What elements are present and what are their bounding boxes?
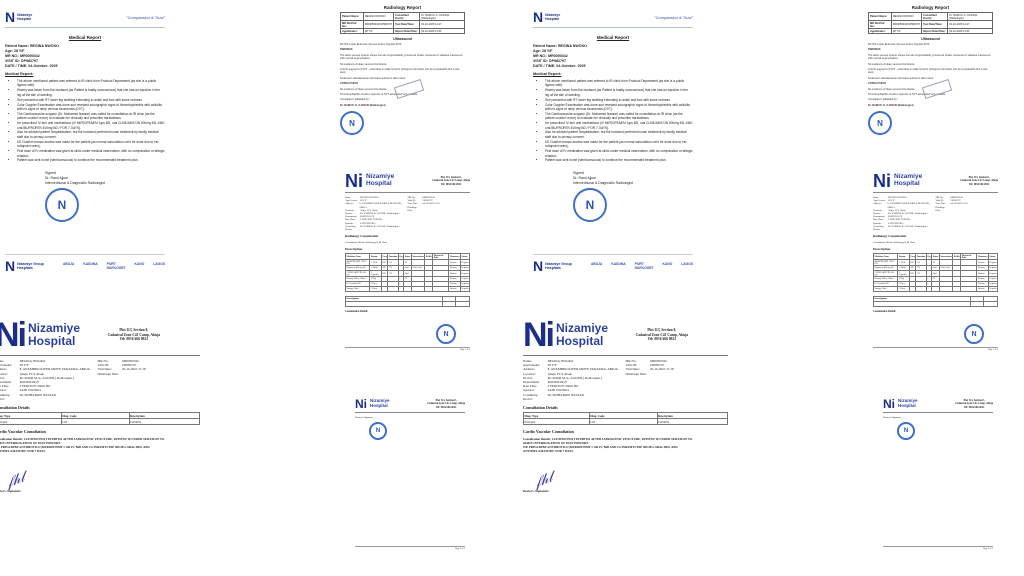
radiology-report-page: Radiology Report Patient Name:REGINA NWO… — [340, 5, 465, 120]
info-row: Consulting Doctor:Dr. RAMI M. K. AJJOUR … — [345, 225, 408, 231]
letterhead-footer: N Nizamiye Group Hospitals ABUJAKADUNAPO… — [533, 254, 693, 273]
section-title: Cardio Vascular Consultation — [0, 429, 200, 434]
letterhead-footer: N Nizamiye Group Hospitals ABUJAKADUNAPO… — [5, 254, 165, 273]
hospital-logo: Ni NizamiyeHospital — [355, 398, 390, 410]
letterhead: Ni NizamiyeHospital Plot 113, Section 8,… — [523, 318, 728, 356]
info-row: Discharge Date: — [98, 372, 201, 376]
document-title: Radiology Report — [868, 5, 993, 10]
list-item: First dose of IV medication was given at… — [17, 149, 165, 158]
list-item: Patient was sent home (semiconscious) to… — [17, 158, 165, 162]
hospital-logo: Ni NizamiyeHospital — [873, 172, 922, 190]
logo-mark-icon: N — [5, 10, 15, 24]
collage-copy-right: N NizamiyeHospital "Compassion & Trust" … — [528, 0, 1024, 576]
list-item: He prescribed IV and oral medications (I… — [545, 121, 693, 130]
section-title: Consultation Details — [0, 405, 200, 410]
medical-report-page: N NizamiyeHospital "Compassion & Trust" … — [5, 10, 165, 275]
section-title: Consultation Details — [873, 310, 998, 313]
list-item: Also he advised patient hospitalization,… — [17, 130, 165, 139]
patient-info: Name:REGINA NWOKOAge/Gender:28 Y/FAddres… — [873, 196, 998, 231]
list-item: First dose of IV medication was given at… — [545, 149, 693, 158]
logo-mark-icon: N — [533, 259, 543, 273]
hospital-logo: Ni NizamiyeHospital — [523, 318, 608, 352]
hospital-address: Plot 113, Section 8,Cadastral Zone C41 C… — [955, 399, 993, 409]
hospital-logo: Ni NizamiyeHospital — [0, 318, 80, 352]
prescription-table: Medicine NameDosageFreqDurationQtyRouteI… — [345, 253, 470, 292]
hospital-address: Plot 113, Section 8,Cadastral Zone C41 C… — [432, 176, 470, 186]
signature-label: Doctor's Signature — [523, 489, 728, 493]
radiology-report-page: Radiology Report Patient Name:REGINA NWO… — [868, 5, 993, 120]
doctor-signature-icon: 𝒻𝒽𝓁 — [532, 459, 584, 491]
hospital-stamp-icon: N — [964, 324, 984, 344]
hospital-address: Plot 113, Section 8,Cadastral Zone C41 C… — [960, 176, 998, 186]
consultation-details: Consultation Details: CLEAVED POST PLEBI… — [0, 437, 200, 453]
completed-by: Dr. RAMI M. K. AJJOUR (Radiologist) — [868, 104, 993, 107]
signature-label: Doctor's Signature — [0, 489, 200, 493]
list-item: The above mentioned patient was referred… — [17, 79, 165, 88]
hospital-stamp-icon: N — [897, 422, 915, 440]
list-item: Patient was sent home (semiconscious) to… — [545, 158, 693, 162]
list-item: History was taken from the husband (as P… — [545, 88, 693, 97]
completed-label: Completed / Validated by: — [868, 98, 993, 101]
group-logo: N Nizamiye Group Hospitals — [533, 259, 581, 273]
city-label: ABUJA — [63, 262, 74, 270]
modality-heading: Ultrasound — [868, 37, 993, 41]
report-bullets: The above mentioned patient was referred… — [545, 79, 693, 163]
findings-text: The deep venous system shows normal comp… — [340, 54, 465, 80]
document-title: Medical Report — [5, 35, 165, 40]
signature-block: Signed Dr. Rami Ajjour Interventional & … — [573, 171, 693, 186]
signature-page: Ni NizamiyeHospital Plot 113, Section 8,… — [355, 398, 465, 558]
consultation-detail: Consultation Details: Radiology & IR cli… — [873, 241, 998, 244]
section-title: Medical Report: — [533, 72, 693, 76]
letterhead: Ni NizamiyeHospital Plot 113, Section 8,… — [345, 172, 470, 193]
document-title: Medical Report — [533, 35, 693, 40]
findings-label: FINDINGS: — [868, 48, 993, 51]
logo-mark-icon: Ni — [0, 318, 25, 352]
page-footer: Page 2 of 2 — [883, 546, 993, 550]
list-item: US Guided venous access was made for the… — [545, 140, 693, 149]
medical-report-header: N NizamiyeHospital "Compassion & Trust" — [533, 10, 693, 28]
patient-info-table: Patient Name:REGINA NWOKOConsultant Doct… — [340, 12, 465, 34]
doctor-signature-icon: 𝒻𝒽𝓁 — [4, 459, 56, 491]
page-footer: Page 1 of 2 — [873, 347, 998, 351]
section-title: Cardio Vascular Consultation — [523, 429, 728, 434]
section-title: Prescription — [873, 247, 998, 251]
patient-info: Name:REGINA NWOKOAge/Gender:28 Y/FAddres… — [0, 359, 200, 401]
diagnosis-table: Diag. TypeDiag. CodeDescriptionPrincipal… — [0, 412, 200, 425]
signature-block: Signed Dr. Rami Ajjour Interventional & … — [45, 171, 165, 186]
group-logo: N Nizamiye Group Hospitals — [5, 259, 53, 273]
city-label: ABUJA — [591, 262, 602, 270]
patient-info-table: Patient Name:REGINA NWOKOConsultant Doct… — [868, 12, 993, 34]
signature-page: Ni NizamiyeHospital Plot 113, Section 8,… — [883, 398, 993, 558]
page-footer: Page 1 of 2 — [345, 347, 470, 351]
list-item: He prescribed IV and oral medications (I… — [17, 121, 165, 130]
city-label: KANO — [663, 262, 673, 270]
cardio-consultation-page: Ni NizamiyeHospital Plot 113, Section 8,… — [523, 318, 728, 498]
info-row: Consulting Doctor:Dr. RAMI M. K. AJJOUR … — [873, 225, 936, 231]
report-bullets: The above mentioned patient was referred… — [17, 79, 165, 163]
hospital-logo: N NizamiyeHospital — [5, 10, 32, 24]
hospital-stamp-icon: N — [436, 324, 456, 344]
logo-mark-icon: N — [5, 259, 15, 273]
city-label: LAGOS — [153, 262, 165, 270]
consultation-detail: Consultation Details: Radiology & IR cli… — [345, 241, 470, 244]
patient-fields: Patient Name: REGINA NWOKOAge: 28 Y/FMR … — [533, 44, 693, 69]
consultation-page: Ni NizamiyeHospital Plot 113, Section 8,… — [345, 172, 470, 357]
letterhead: Ni NizamiyeHospital Plot 113, Section 8,… — [0, 318, 200, 356]
section-title: Radiology Consultation — [345, 234, 470, 238]
list-item: Color Doppler Examination was done and r… — [545, 103, 693, 112]
slogan: "Compassion & Trust" — [654, 15, 693, 20]
hospital-logo: Ni NizamiyeHospital — [345, 172, 394, 190]
diagnosis-table: Diag. TypeDiag. CodeDescriptionPrincipal… — [523, 412, 728, 425]
hospital-logo: Ni NizamiyeHospital — [883, 398, 918, 410]
section-title: Consultation Details — [345, 310, 470, 313]
cardio-consultation-page: Ni NizamiyeHospital Plot 113, Section 8,… — [0, 318, 200, 498]
logo-mark-icon: Ni — [355, 398, 367, 410]
table-row: Syringe 10ml1 Piece2RemoteRegular — [874, 287, 998, 292]
list-item: Also he advised patient hospitalization,… — [545, 130, 693, 139]
section-title: Prescription — [345, 247, 470, 251]
prescription-table: Medicine NameDosageFreqDurationQtyRouteI… — [873, 253, 998, 292]
hospital-stamp-icon: N — [573, 188, 607, 222]
list-item: She presented with RT lower leg swelling… — [545, 98, 693, 102]
city-label: PORT HARCOURT — [635, 262, 654, 270]
list-item: She presented with RT lower leg swelling… — [17, 98, 165, 102]
logo-mark-icon: Ni — [523, 318, 553, 352]
patient-info: Name:REGINA NWOKOAge/Gender:28 Y/FAddres… — [345, 196, 470, 231]
investigation-table: Investigation — [873, 296, 998, 307]
patient-info: Name:REGINA NWOKOAge/Gender:28 Y/FAddres… — [523, 359, 728, 401]
consultation-page: Ni NizamiyeHospital Plot 113, Section 8,… — [873, 172, 998, 357]
info-row: Discharge Date: — [626, 372, 729, 376]
city-label: KADUNA — [611, 262, 625, 270]
hospital-stamp-icon: N — [45, 188, 79, 222]
letterhead: Ni NizamiyeHospital Plot 113, Section 8,… — [355, 398, 465, 413]
hospital-address: Plot 113, Section 8,Cadastral Zone C41 C… — [427, 399, 465, 409]
collage-copy-left: N NizamiyeHospital "Compassion & Trust" … — [0, 0, 512, 576]
city-label: LAGOS — [681, 262, 693, 270]
exam-name: RT-WV Lower Extremity Venous Colour Dopp… — [868, 43, 993, 46]
completed-by: Dr. RAMI M. K. AJJOUR (Radiologist) — [340, 104, 465, 107]
hospital-stamp-icon: N — [369, 422, 387, 440]
info-row: Consulting Doctor:Dr. MOHAMED NASSAR — [0, 393, 98, 401]
logo-mark-icon: Ni — [873, 172, 891, 190]
info-row: Discharge Date: — [408, 206, 471, 212]
patient-fields: Patient Name: REGINA NWOKOAge: 28 Y/FMR … — [5, 44, 165, 69]
document-title: Radiology Report — [340, 5, 465, 10]
list-item: US Guided venous access was made for the… — [17, 140, 165, 149]
info-row: Discharge Date: — [936, 206, 999, 212]
letterhead: Ni NizamiyeHospital Plot 113, Section 8,… — [883, 398, 993, 413]
table-row: PrincipalL03Cellulitis — [524, 419, 728, 425]
table-row: Age/Gender:28 Y/FReport Date/Time:04-10-… — [869, 29, 993, 34]
logo-mark-icon: Ni — [345, 172, 363, 190]
section-title: Consultation Details — [523, 405, 728, 410]
list-item: The Cardiovascular surgeon (Dr. Mohamed … — [545, 112, 693, 121]
city-label: KANO — [135, 262, 145, 270]
medical-report-page: N NizamiyeHospital "Compassion & Trust" … — [533, 10, 693, 275]
signature-label: Doctor's Signature — [883, 416, 993, 419]
list-item: History was taken from the husband (as P… — [17, 88, 165, 97]
city-list: ABUJAKADUNAPORT HARCOURTKANOLAGOS — [591, 262, 693, 270]
table-row: Age/Gender:28 Y/FReport Date/Time:04-10-… — [341, 29, 465, 34]
letterhead: Ni NizamiyeHospital Plot 113, Section 8,… — [873, 172, 998, 193]
list-item: The above mentioned patient was referred… — [545, 79, 693, 88]
consultation-details: Consultation Details: CLEAVED POST PLEBI… — [523, 437, 728, 453]
table-row: Syringe 10ml1 Piece2RemoteRegular — [346, 287, 470, 292]
findings-label: FINDINGS: — [340, 48, 465, 51]
list-item: Color Doppler Examination was done and r… — [17, 103, 165, 112]
findings-text: The deep venous system shows normal comp… — [868, 54, 993, 80]
table-row: Patient Name:REGINA NWOKOConsultant Doct… — [341, 13, 465, 21]
completed-label: Completed / Validated by: — [340, 98, 465, 101]
signature-label: Doctor's Signature — [355, 416, 465, 419]
logo-mark-icon: Ni — [883, 398, 895, 410]
table-row: MR No/Visit No.:MR0050342/OP982797Test D… — [869, 21, 993, 29]
hospital-stamp-icon: N — [340, 111, 364, 135]
medical-report-header: N NizamiyeHospital "Compassion & Trust" — [5, 10, 165, 28]
info-row: Consulting Doctor:Dr. MOHAMED NASSAR — [523, 393, 626, 401]
hospital-stamp-icon: N — [868, 111, 892, 135]
hospital-address: Plot 113, Section 8,Cadastral Zone C41 C… — [108, 328, 160, 341]
modality-heading: Ultrasound — [340, 37, 465, 41]
table-row: PrincipalL03Cellulitis — [0, 419, 200, 425]
exam-name: RT-WV Lower Extremity Venous Colour Dopp… — [340, 43, 465, 46]
logo-mark-icon: N — [533, 10, 543, 24]
city-list: ABUJAKADUNAPORT HARCOURTKANOLAGOS — [63, 262, 165, 270]
list-item: The Cardiovascular surgeon (Dr. Mohamed … — [17, 112, 165, 121]
hospital-address: Plot 113, Section 8,Cadastral Zone C41 C… — [636, 328, 688, 341]
slogan: "Compassion & Trust" — [126, 15, 165, 20]
investigation-table: Investigation — [345, 296, 470, 307]
city-label: PORT HARCOURT — [107, 262, 126, 270]
section-title: Medical Report: — [5, 72, 165, 76]
hospital-logo: N NizamiyeHospital — [533, 10, 560, 24]
section-title: Radiology Consultation — [873, 234, 998, 238]
table-row: MR No/Visit No.:MR0050342/OP982797Test D… — [341, 21, 465, 29]
page-footer: Page 2 of 2 — [355, 546, 465, 550]
table-row: Patient Name:REGINA NWOKOConsultant Doct… — [869, 13, 993, 21]
city-label: KADUNA — [83, 262, 97, 270]
